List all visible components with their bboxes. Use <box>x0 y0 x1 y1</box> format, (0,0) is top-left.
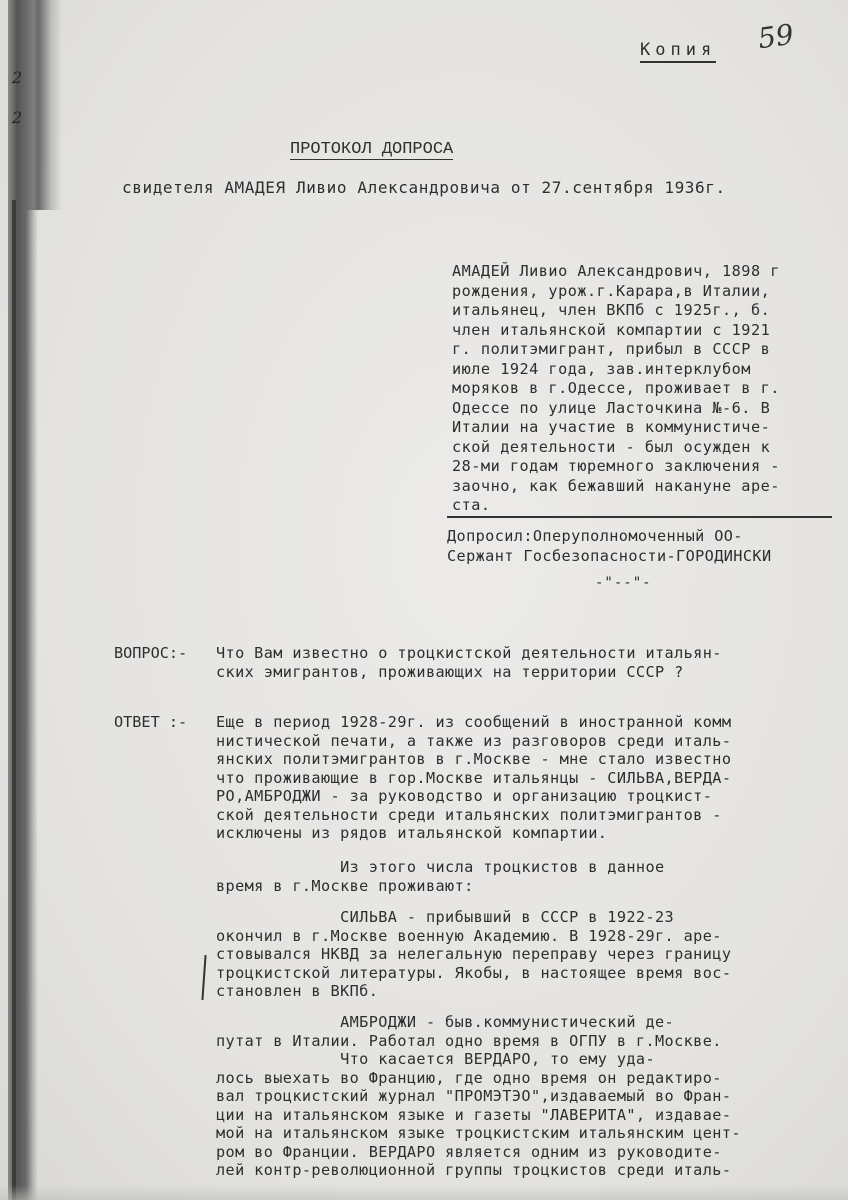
bio-line: моряков в г.Одессе, проживает в г. <box>452 379 842 399</box>
paragraph-line: окончил в г.Москве военную Академию. В 1… <box>216 927 731 946</box>
margin-bracket <box>201 955 206 1000</box>
paragraph-line: время в г.Москве проживают: <box>216 877 665 896</box>
bio-line: г. политэмигрант, прибыл в СССР в <box>452 340 842 360</box>
page-bottom-shadow <box>0 1185 848 1200</box>
paragraph-line: лей контр-революционной группы троцкисто… <box>216 1161 741 1180</box>
answer-line: Еще в период 1928-29г. из сообщений в ин… <box>216 713 731 732</box>
answer-line: ской деятельности среди итальянских поли… <box>216 806 731 825</box>
document-subtitle: свидетеля АМАДЕЯ Ливио Александровича от… <box>122 178 726 197</box>
answer-text: Еще в период 1928-29г. из сообщений в ин… <box>216 713 731 843</box>
bio-line: АМАДЕЙ Ливио Александрович, 1898 г <box>452 262 842 282</box>
answer-line: исключены из рядов итальянской компартии… <box>216 824 731 843</box>
answer-line: РО,АМБРОДЖИ - за руководство и организац… <box>216 787 731 806</box>
paragraph-line: ции на итальянском языке и газеты "ЛАВЕР… <box>216 1106 741 1125</box>
question-line: ских эмигрантов, проживающих на территор… <box>216 663 722 682</box>
bio-line: 28-ми годам тюремного заключения - <box>452 457 842 477</box>
witness-bio: АМАДЕЙ Ливио Александрович, 1898 г рожде… <box>452 262 842 516</box>
paragraph-line: СИЛЬВА - прибывший в СССР в 1922-23 <box>216 908 731 927</box>
bio-line: июле 1924 года, зав.интерклубом <box>452 360 842 380</box>
bio-line: ста. <box>452 496 842 516</box>
interrogator-line: Сержант Госбезопасности-ГОРОДИНСКИ <box>447 546 771 566</box>
question-label: ВОПРОС:- <box>114 644 187 662</box>
document-page: 2 2 Копия 59 ПРОТОКОЛ ДОПРОСА свидетеля … <box>0 0 848 1200</box>
paragraph-line: мой на итальянском языке троцкистским ит… <box>216 1124 741 1143</box>
bio-line: ской деятельности - был осужден к <box>452 438 842 458</box>
bio-line: Одессе по улице Ласточкина №-6. В <box>452 399 842 419</box>
paragraph-line: стовывался НКВД за нелегальную переправу… <box>216 945 731 964</box>
bio-line: Италии на участие в коммунистиче- <box>452 418 842 438</box>
bio-line: рождения, урож.г.Карара,в Италии, <box>452 282 842 302</box>
paragraph-line: лось выехать во Францию, где одно время … <box>216 1069 741 1088</box>
paragraph-ambrodzhi-verdaro: АМБРОДЖИ - быв.коммунистический де- пута… <box>216 1013 741 1180</box>
bio-line: итальянец, член ВКПб с 1925г., б. <box>452 301 842 321</box>
margin-mark: 2 <box>12 108 22 127</box>
interrogator-line: Допросил:Оперуполномоченный ОО- <box>447 526 771 546</box>
document-title: ПРОТОКОЛ ДОПРОСА <box>290 140 453 160</box>
paragraph-trotskyists: Из этого числа троцкистов в данное время… <box>216 858 665 895</box>
paragraph-line: АМБРОДЖИ - быв.коммунистический де- <box>216 1013 741 1032</box>
paragraph-line: Что касается ВЕРДАРО, то ему уда- <box>216 1050 741 1069</box>
divider <box>447 516 832 518</box>
answer-line: нистической печати, а также из разговоро… <box>216 732 731 751</box>
paragraph-line: ром во Франции. ВЕРДАРО является одним и… <box>216 1143 741 1162</box>
paragraph-line: Из этого числа троцкистов в данное <box>216 858 665 877</box>
answer-line: янских политэмигрантов в г.Москве - мне … <box>216 750 731 769</box>
interrogator-block: Допросил:Оперуполномоченный ОО- Сержант … <box>447 526 771 566</box>
copy-stamp: Копия <box>640 40 716 63</box>
paragraph-line: вал троцкистский журнал "ПРОМЭТЭО",издав… <box>216 1087 741 1106</box>
binding-line <box>12 200 16 1200</box>
separator-mark: -"--"- <box>595 575 652 591</box>
handwritten-page-number: 59 <box>756 18 796 56</box>
bio-line: член итальянской компартии с 1921 <box>452 321 842 341</box>
paragraph-line: становлен в ВКПб. <box>216 982 731 1001</box>
paragraph-line: троцкистской литературы. Якобы, в настоя… <box>216 964 731 983</box>
question-line: Что Вам известно о троцкистской деятельн… <box>216 644 722 663</box>
paragraph-line: путат в Италии. Работал одно время в ОГП… <box>216 1032 741 1051</box>
margin-mark: 2 <box>12 68 22 87</box>
question-text: Что Вам известно о троцкистской деятельн… <box>216 644 722 681</box>
answer-label: ОТВЕТ :- <box>114 713 187 731</box>
answer-line: что проживающие в гор.Москве итальянцы -… <box>216 769 731 788</box>
paragraph-silva: СИЛЬВА - прибывший в СССР в 1922-23 окон… <box>216 908 731 1001</box>
bio-line: заочно, как бежавший накануне аре- <box>452 477 842 497</box>
